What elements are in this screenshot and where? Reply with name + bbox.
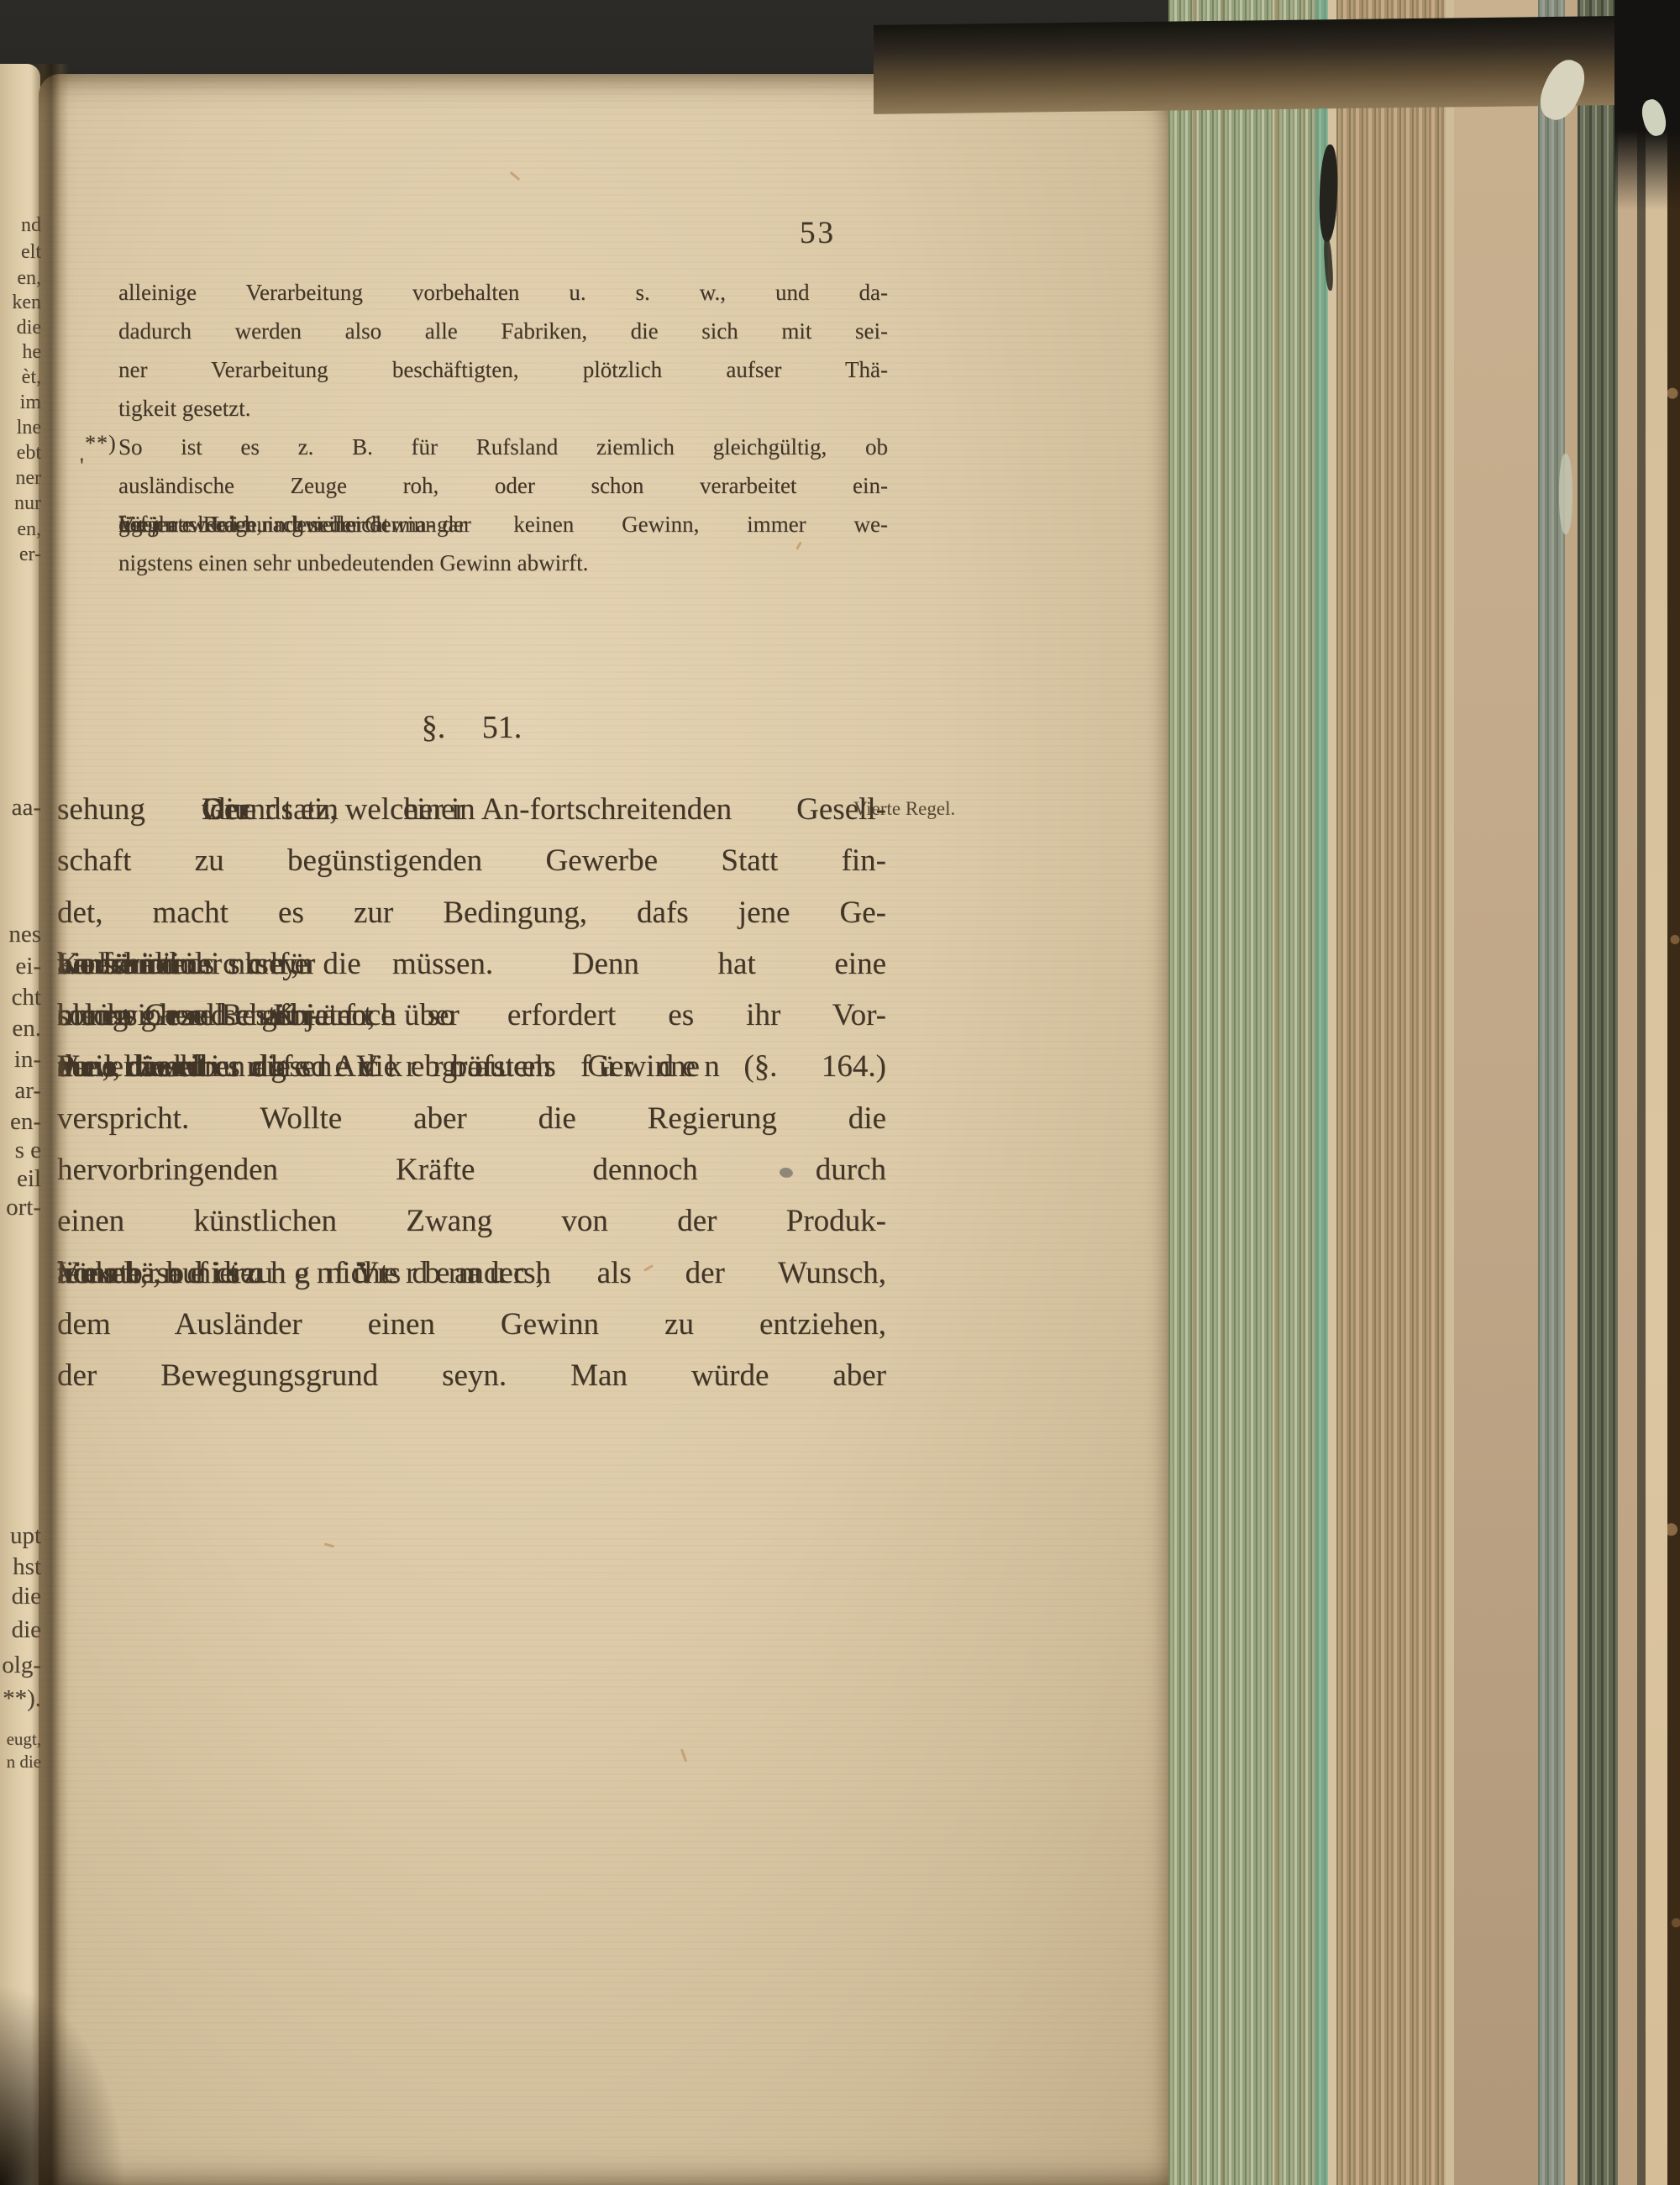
fore-edge-dark-rough-band — [1578, 0, 1618, 2185]
footnote-line: tigkeit gesetzt. — [118, 389, 888, 428]
fore-edge-gray-band — [1538, 0, 1565, 2185]
footnote-marker: **) — [85, 424, 117, 463]
body-line: schaft zu begünstigenden Gewerbe Statt f… — [57, 835, 886, 886]
footnote-line: nigstens einen sehr unbedeutenden Gewinn… — [118, 544, 888, 582]
body-line: sehung der in einer fortschreitenden Ges… — [57, 784, 886, 835]
footnote-line: ligen Lage vielleicht gar keinen Gewinn,… — [118, 505, 888, 544]
fore-edge-tan-stripe — [1618, 0, 1637, 2185]
body-line: det, macht es zur Bedingung, dafs jene G… — [57, 887, 886, 938]
footnote-line: ausländische Zeuge roh, oder schon verar… — [118, 466, 888, 505]
body-line: einen künstlichen Zwang von der Produk- — [57, 1195, 886, 1247]
footnote-continuation: alleinige Verarbeitung vorbehalten u. s.… — [118, 273, 888, 428]
body-line: könnte hierzu nichts anders, als der Wun… — [57, 1247, 886, 1299]
gutter-shadow — [32, 64, 69, 2185]
footnote: **) So ist es z. B. für Rufsland ziemlic… — [118, 428, 888, 582]
fore-edge-cream-stripe — [1446, 0, 1454, 2185]
fore-edge-dark-line — [1637, 0, 1646, 2185]
gutter-bottom-shadow — [0, 1983, 126, 2185]
footnote-line: alleinige Verarbeitung vorbehalten u. s.… — [118, 273, 888, 312]
body-line: berechnet seyn müssen. Denn hat eine — [57, 938, 886, 990]
body-line: mung zu gebieten; so erfordert es ihr Vo… — [57, 990, 886, 1041]
paper-fiber — [510, 171, 521, 181]
flyleaf-edge — [1646, 0, 1667, 2185]
page-number: 53 — [800, 215, 836, 251]
stray-mark: ' — [80, 454, 84, 479]
paper-fiber — [680, 1748, 687, 1762]
footnote-line: ner Verarbeitung beschäftigten, plötzlic… — [118, 350, 888, 389]
fore-edge — [1168, 0, 1680, 2185]
cover-board-marbled — [1667, 0, 1680, 2185]
fore-edge-smooth-tan-band — [1454, 0, 1538, 2185]
body-line: verspricht. Wollte aber die Regierung di… — [57, 1093, 886, 1144]
body-line: hervorbringenden Kräfte dennoch durch — [57, 1144, 886, 1195]
footnote-line: dadurch werden also alle Fabriken, die s… — [118, 312, 888, 350]
body-paragraph: Der vierte Grundsatz, welcher in An-sehu… — [57, 784, 886, 1402]
fore-edge-cream-stripe — [1328, 0, 1336, 2185]
body-line: dem Ausländer einen Gewinn zu entziehen, — [57, 1299, 886, 1350]
body-line: den, weil diese die gröfsten Gewinne (§.… — [57, 1041, 886, 1092]
fore-edge-brown-band — [1336, 0, 1446, 2185]
torn-paper-fleck — [1559, 454, 1572, 534]
section-heading: §. 51. — [57, 709, 886, 746]
fore-edge-tan-stripe — [1565, 0, 1578, 2185]
book-scan: ndelten,kendieheèt,imlneebtnernuren,er-a… — [0, 0, 1680, 2185]
book-page: 53 alleinige Verarbeitung vorbehalten u.… — [39, 74, 1168, 2185]
fore-edge-green-band — [1168, 0, 1316, 2185]
paper-fiber — [324, 1542, 334, 1547]
footnote-line: So ist es z. B. für Rufsland ziemlich gl… — [118, 428, 888, 466]
fore-edge-bright-green-stripe — [1316, 0, 1328, 2185]
paper-speck — [780, 1168, 792, 1177]
body-line: der Bewegungsgrund seyn. Man würde aber — [57, 1350, 886, 1401]
